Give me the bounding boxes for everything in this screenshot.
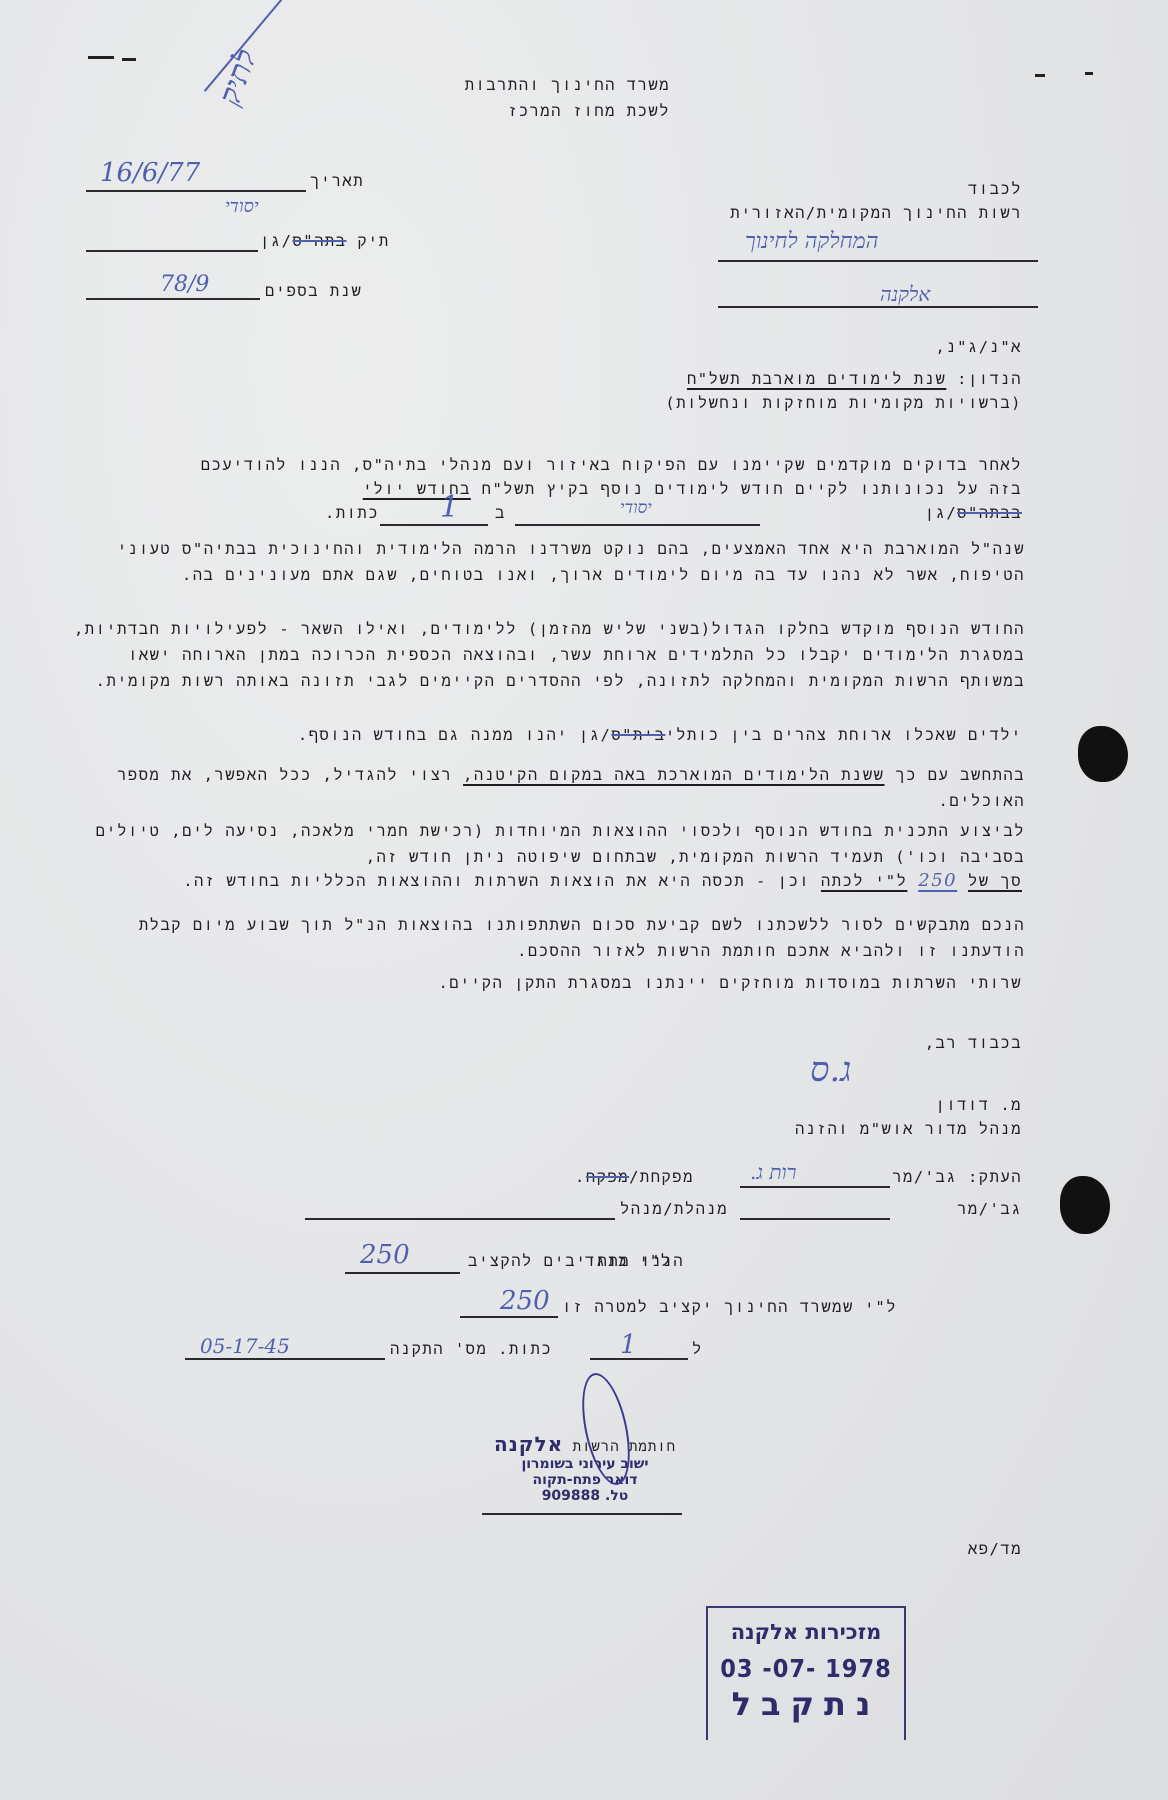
authority-stamp-line: [482, 1513, 682, 1515]
received-stamp-date: 03 -07- 1978: [708, 1654, 904, 1683]
file-handwritten: יסודי: [225, 196, 259, 217]
commitment-line1-hand: 250: [360, 1240, 410, 1270]
file-line: [86, 250, 258, 252]
date-value: 16/6/77: [100, 158, 200, 188]
authority-stamp: חותמת הרשות אלקנה ישוב עירוני בשומרון דו…: [470, 1432, 700, 1504]
commitment-line3-hand2: 05-17-45: [200, 1334, 290, 1358]
school-year-line: [86, 298, 260, 300]
body-p3: החודש הנוסף מוקדש בחלקו הגדול(בשני שליש …: [70, 616, 1025, 694]
body-p4: ילדים שאכלו ארוחת צהרים בין כותליבית"ס/ג…: [298, 726, 1022, 745]
body-p7: הנכם מתבקשים לסור ללשכתנו לשם קביעת סכום…: [70, 912, 1025, 964]
commitment-line3-field2: [185, 1358, 385, 1360]
authority-stamp-line3: טל. 909888: [470, 1488, 700, 1504]
copies-row1-role: מפקחת/מפקח.: [575, 1168, 694, 1187]
date-line: [86, 190, 306, 192]
class-count-handwritten: 1: [440, 490, 459, 525]
copies-row2-prefix: גב'/מר: [957, 1200, 1022, 1219]
addressee-to: לכבוד: [968, 180, 1022, 199]
body-p1-line1: לאחר בדוקים מוקדמים שקיימנו עם הפיקוח בא…: [201, 456, 1022, 475]
commitment-line2-field: [460, 1316, 558, 1318]
commitment-line1-a: הננו מתחייבים להקציב: [468, 1252, 684, 1271]
received-stamp-status: נתקבל: [708, 1685, 904, 1723]
file-label: תיק בתה"ס/גן: [260, 232, 390, 251]
signature-closing: בכבוד רב,: [925, 1034, 1022, 1053]
body-p1-end: כתות.: [325, 504, 379, 523]
commitment-line2-b: ל"י שמשרד החינוך יקציב למטרה זו: [562, 1298, 897, 1317]
office-name: לשכת מחוז המרכז: [508, 102, 670, 121]
body-p6: לביצוע התכנית בחודש הנוסף ולכסוי ההוצאות…: [70, 818, 1025, 870]
copies-row1-handwritten: רות ג.: [750, 1160, 796, 1185]
scan-mark-left: [88, 56, 114, 59]
commitment-line1-field: [345, 1272, 460, 1274]
received-stamp-office: מזכירות אלקנה: [708, 1620, 904, 1644]
body-p5: בהתחשב עם כך ששנת הלימודים המוארכת באה ב…: [70, 762, 1025, 814]
commitment-line2-hand: 250: [500, 1286, 550, 1316]
date-label: תאריך: [310, 172, 364, 191]
signature-handwritten: ג.ס: [810, 1050, 851, 1090]
addressee-line1-handwritten: המחלקה לחינוך: [745, 228, 879, 254]
addressee-authority: רשות החינוך המקומית/האזורית: [730, 204, 1022, 223]
signature-name: מ. דודון: [936, 1096, 1022, 1115]
addressee-line2: [718, 306, 1038, 308]
school-year-label: שנת בספים: [265, 282, 362, 301]
body-p6-amount: סך של 250 ל"י לכתה וכן - תכסה היא את הוצ…: [183, 870, 1022, 891]
commitment-line3-b: כתות. מס' התקנה: [390, 1340, 552, 1359]
signature-title: מנהל מדור אוש"מ והזנה: [795, 1120, 1022, 1139]
scan-mark-right: [1035, 74, 1045, 77]
addressee-line2-handwritten: אלקנה: [880, 282, 930, 307]
body-p1-line2: בזה על נכונותנו לקיים חודש לימודים נוסף …: [363, 480, 1022, 499]
ministry-name: משרד החינוך והתרבות: [465, 76, 670, 95]
salutation: א"נ/ג"נ,: [935, 338, 1022, 357]
authority-stamp-line2: דואר פתח-תקוה: [470, 1472, 700, 1488]
copies-label: העתק: גב'/מר: [892, 1168, 1022, 1187]
copies-row2-line: [740, 1218, 890, 1220]
punch-hole-bottom: [1060, 1176, 1110, 1234]
handwritten-note: לתיק: [212, 45, 264, 110]
copies-row1-line: [740, 1186, 890, 1188]
body-p2: שנה"ל המוארבת היא אחד האמצעים, בהם נוקט …: [70, 536, 1025, 588]
copies-row2-role: מנהלת/מנהל: [620, 1200, 728, 1219]
scan-mark-left: [122, 58, 136, 61]
scan-mark-right: [1085, 72, 1093, 75]
received-stamp: מזכירות אלקנה 03 -07- 1978 נתקבל: [706, 1606, 906, 1740]
subject-subtitle: (ברשויות מקומיות מוחזקות ונחשלות): [665, 394, 1022, 413]
subject-line: הנדון: שנת לימודים מוארבת תשל"ח: [687, 370, 1022, 389]
authority-stamp-line1: ישוב עירוני בשומרון: [470, 1456, 700, 1472]
addressee-line1: [718, 260, 1038, 262]
punch-hole-top: [1078, 726, 1128, 782]
commitment-line3-hand1: 1: [620, 1330, 637, 1360]
commitment-line3-a: ל: [692, 1340, 703, 1359]
body-p1-line3: בבתה"ס/גן: [925, 504, 1022, 523]
commitment-line3-field1: [590, 1358, 688, 1360]
subject-label: הנדון:: [957, 370, 1022, 388]
body-p1-b: ב: [495, 504, 506, 523]
class-count-line: [380, 524, 488, 526]
body-p8: שרותי השרתות במוסדות מוחזקים יינתנו במסג…: [438, 974, 1022, 993]
amount-handwritten: 250: [918, 870, 957, 891]
copies-row2-name-line: [305, 1218, 615, 1220]
school-name-line: [515, 524, 760, 526]
school-year-value: 78/9: [160, 272, 209, 297]
subject-title: שנת לימודים מוארבת תשל"ח: [687, 370, 946, 388]
school-name-handwritten: יסודי: [620, 498, 652, 518]
reference-code: מד/פא: [968, 1540, 1022, 1559]
